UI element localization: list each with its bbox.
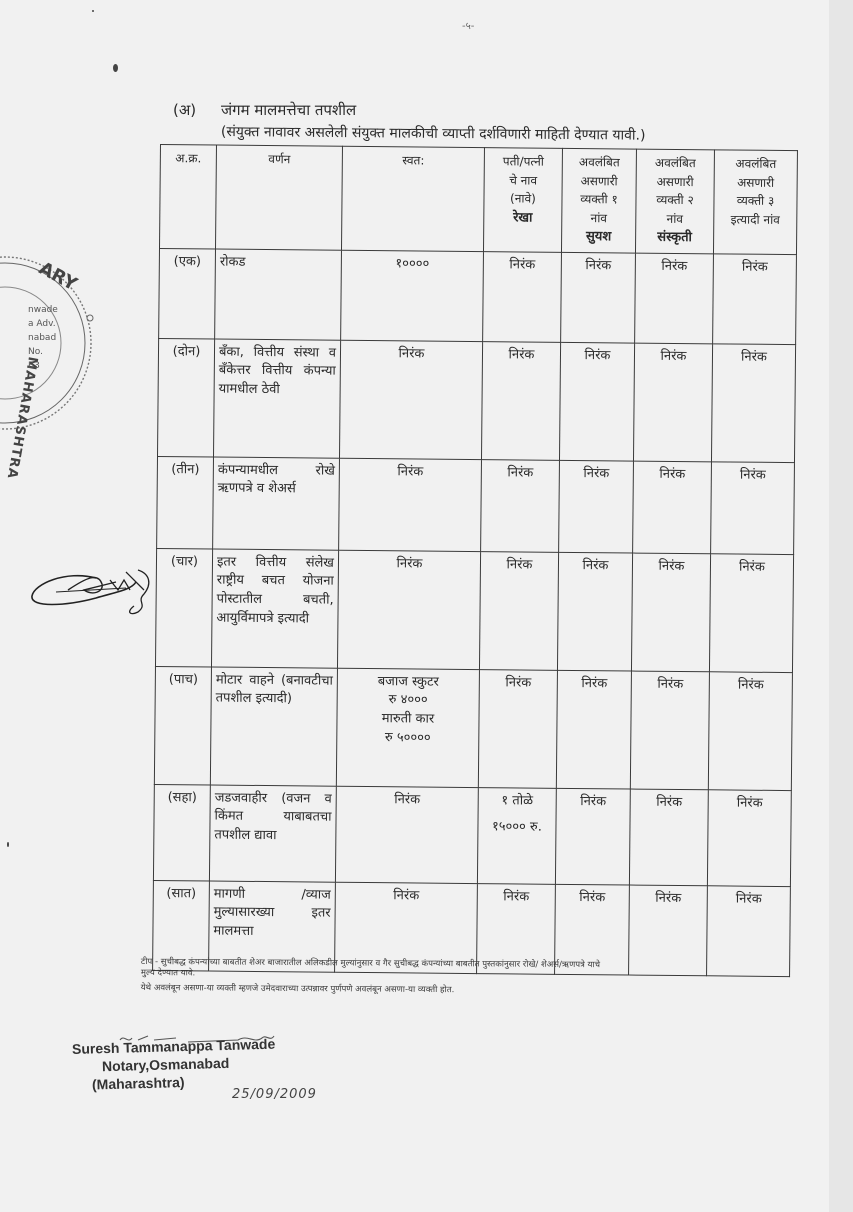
row-self-value: निरंक xyxy=(339,458,482,551)
section-subtitle: (संयुक्त नावावर असलेली संयुक्त मालकीची व… xyxy=(221,122,646,145)
row-dependent-3-value: निरंक xyxy=(709,553,793,672)
section-marker: (अ) xyxy=(173,100,221,120)
dependent-1-name: सुयश xyxy=(566,227,631,248)
scan-speck xyxy=(7,842,9,847)
scan-speck xyxy=(92,10,94,12)
row-dependent-3-value: निरंक xyxy=(711,343,795,462)
row-self-value: निरंक xyxy=(339,340,482,459)
header-spouse: पती/पत्नी चे नाव (नावे) रेखा xyxy=(483,148,562,252)
row-description: बँका, वित्तीय संस्था व बँकेत्तर वित्तीय … xyxy=(214,339,341,458)
row-dependent-3-value: निरंक xyxy=(711,461,795,554)
table-row: (तीन)कंपन्यामधील रोखे ऋणपत्रे व शेअर्सनि… xyxy=(157,456,795,554)
row-dependent-1-value: निरंक xyxy=(557,552,632,671)
row-description: मोटार वाहने (बनावटीचा तपशील इत्यादी) xyxy=(210,667,337,786)
row-self-value: निरंक xyxy=(335,786,478,883)
row-dependent-2-value: निरंक xyxy=(629,789,708,886)
stamp-inner-text: nwade a Adv. nabad No. B3 xyxy=(28,304,58,374)
row-spouse-value: निरंक xyxy=(479,551,558,670)
row-dependent-1-value: निरंक xyxy=(559,342,634,461)
header-self: स्वत: xyxy=(341,146,484,251)
movable-assets-table-wrapper: अ.क्र. वर्णन स्वत: पती/पत्नी चे नाव (नाव… xyxy=(152,144,798,960)
footnote-line-3: येथे अवलंबून असणा-या व्यक्ती म्हणजे उमेद… xyxy=(141,981,781,1000)
row-index: (एक) xyxy=(159,248,216,339)
row-description: जडजवाहीर (वजन व किंमत याबाबतचा तपशील द्य… xyxy=(209,785,336,882)
row-dependent-1-value: निरंक xyxy=(556,670,631,789)
row-dependent-3-value: निरंक xyxy=(707,789,791,886)
section-title: जंगम मालमत्तेचा तपशील xyxy=(221,101,356,119)
row-index: (सहा) xyxy=(153,784,210,881)
row-index: (तीन) xyxy=(157,456,214,549)
section-heading: (अ)जंगम मालमत्तेचा तपशील xyxy=(173,100,356,120)
row-self-value: निरंक xyxy=(337,550,480,669)
dependent-2-name: संस्कृती xyxy=(640,228,709,249)
page-number-mark: -५- xyxy=(462,18,474,32)
row-spouse-value: १ तोळे१५००० रु. xyxy=(477,787,556,884)
row-dependent-3-value: निरंक xyxy=(713,253,797,344)
row-description: इतर वित्तीय संलेख राष्ट्रीय बचत योजना पो… xyxy=(211,549,338,668)
spouse-name: रेखा xyxy=(488,208,557,229)
row-dependent-2-value: निरंक xyxy=(633,461,712,554)
row-dependent-2-value: निरंक xyxy=(630,671,709,790)
table-row: (दोन)बँका, वित्तीय संस्था व बँकेत्तर वित… xyxy=(158,338,796,462)
table-row: (पाच)मोटार वाहने (बनावटीचा तपशील इत्यादी… xyxy=(154,666,792,790)
row-self-value: बजाज स्कुटररु ४०००मारुती काररु ५०००० xyxy=(336,668,479,787)
movable-assets-table: अ.क्र. वर्णन स्वत: पती/पत्नी चे नाव (नाव… xyxy=(152,144,798,977)
notary-stamp: ARY MAHARASHTRA nwade a Adv. nabad No. B… xyxy=(0,248,100,448)
row-dependent-1-value: निरंक xyxy=(561,252,636,343)
footnote: टीप - सुचीबद्ध कंपन्यांच्या बाबतीत शेअर … xyxy=(141,955,781,1000)
table-row: (एक)रोकड१००००निरंकनिरंकनिरंकनिरंक xyxy=(159,248,797,344)
handwritten-signature xyxy=(26,560,156,624)
header-index: अ.क्र. xyxy=(160,145,217,249)
row-dependent-1-value: निरंक xyxy=(559,460,634,553)
row-spouse-value: निरंक xyxy=(483,251,562,342)
scan-speck xyxy=(113,64,118,72)
row-index: (चार) xyxy=(155,548,212,667)
row-index: (दोन) xyxy=(158,338,215,457)
row-self-value: १०००० xyxy=(341,250,484,341)
row-spouse-value: निरंक xyxy=(478,669,557,788)
scan-right-edge xyxy=(829,0,853,1212)
table-row: (सहा)जडजवाहीर (वजन व किंमत याबाबतचा तपशी… xyxy=(153,784,791,886)
row-description: कंपन्यामधील रोखे ऋणपत्रे व शेअर्स xyxy=(213,457,340,550)
handwritten-date: 25/09/2009 xyxy=(232,1087,317,1102)
header-dependent-3: अवलंबित असणारी व्यक्ती ३ इत्यादी नांव xyxy=(713,150,797,254)
row-spouse-value: निरंक xyxy=(481,341,560,460)
signature-scribble-icon xyxy=(26,560,156,620)
table-row: (चार)इतर वित्तीय संलेख राष्ट्रीय बचत योज… xyxy=(155,548,793,672)
row-dependent-2-value: निरंक xyxy=(631,553,710,672)
row-spouse-value: निरंक xyxy=(481,459,560,552)
header-description: वर्णन xyxy=(215,145,342,250)
row-dependent-2-value: निरंक xyxy=(633,343,712,462)
row-description: रोकड xyxy=(215,249,342,340)
row-dependent-3-value: निरंक xyxy=(708,671,792,790)
row-dependent-2-value: निरंक xyxy=(635,253,714,344)
row-dependent-1-value: निरंक xyxy=(555,788,630,885)
header-dependent-2: अवलंबित असणारी व्यक्ती २ नांव संस्कृती xyxy=(635,149,714,253)
header-dependent-1: अवलंबित असणारी व्यक्ती १ नांव सुयश xyxy=(561,148,636,252)
row-index: (पाच) xyxy=(154,666,211,785)
table-header-row: अ.क्र. वर्णन स्वत: पती/पत्नी चे नाव (नाव… xyxy=(160,145,798,255)
